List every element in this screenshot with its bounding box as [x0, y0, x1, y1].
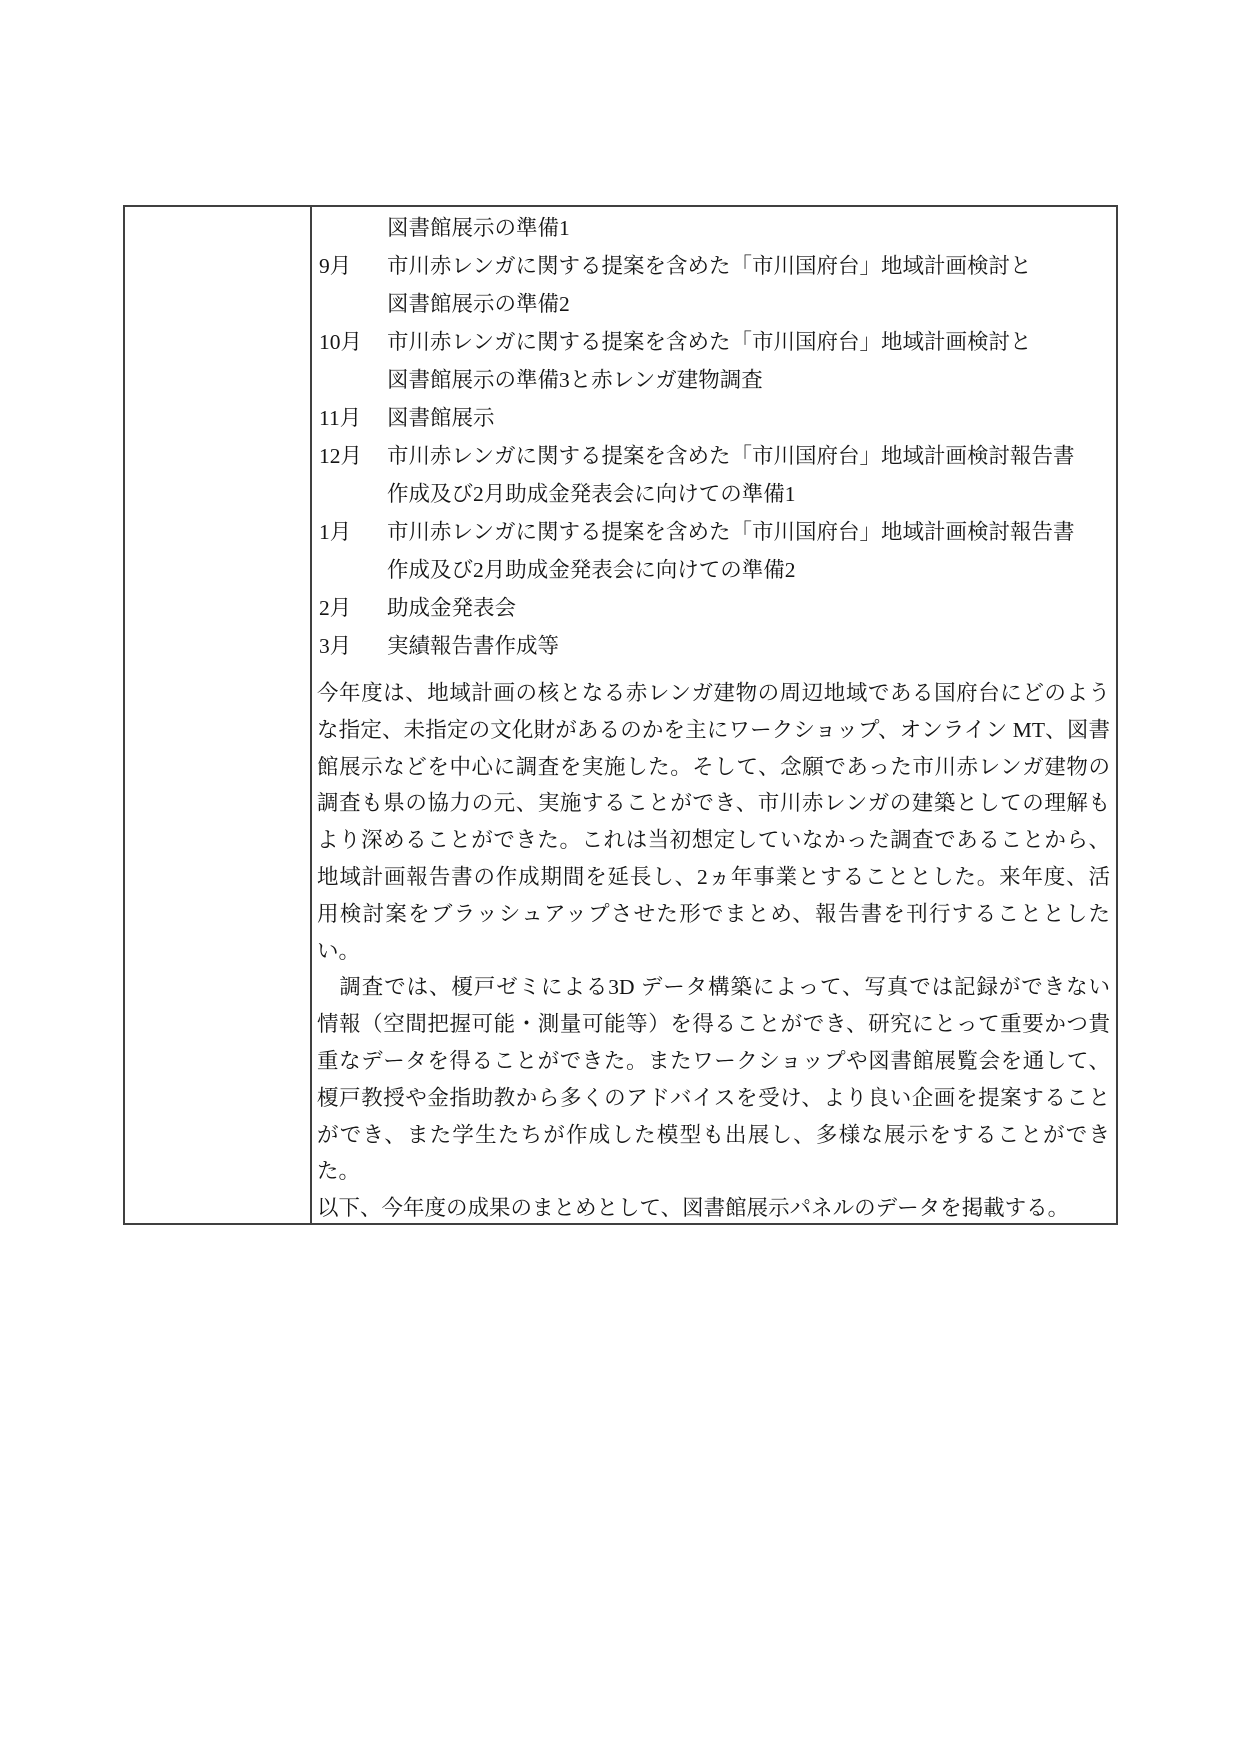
- schedule-line: 市川赤レンガに関する提案を含めた「市川国府台」地域計画検討報告書: [387, 513, 1110, 551]
- paragraph-line: 情報（空間把握可能・測量可能等）を得ることができ、研究にとって重要かつ貴: [317, 1006, 1110, 1043]
- schedule-line: 実績報告書作成等: [387, 627, 1110, 665]
- schedule-line: 図書館展示の準備1: [387, 209, 1110, 247]
- schedule-line: 図書館展示の準備3と赤レンガ建物調査: [387, 361, 1110, 399]
- paragraph: 今年度は、地域計画の核となる赤レンガ建物の周辺地域である国府台にどのような指定、…: [317, 675, 1110, 969]
- schedule-row: 10月市川赤レンガに関する提案を含めた「市川国府台」地域計画検討と図書館展示の準…: [317, 323, 1110, 399]
- paragraph-line: ができ、また学生たちが作成した模型も出展し、多様な展示をすることができ: [317, 1117, 1110, 1154]
- schedule-line: 作成及び2月助成金発表会に向けての準備1: [387, 475, 1110, 513]
- schedule-line: 図書館展示: [387, 399, 1110, 437]
- schedule-month-label: 12月: [319, 437, 362, 475]
- schedule-row: 図書館展示の準備1: [317, 209, 1110, 247]
- paragraph-line: 重なデータを得ることができた。またワークショップや図書館展覧会を通して、: [317, 1043, 1110, 1080]
- paragraph-line: 榎戸教授や金指助教から多くのアドバイスを受け、より良い企画を提案すること: [317, 1080, 1110, 1117]
- paragraph-line: 以下、今年度の成果のまとめとして、図書館展示パネルのデータを掲載する。: [317, 1190, 1110, 1223]
- schedule-line: 市川赤レンガに関する提案を含めた「市川国府台」地域計画検討と: [387, 323, 1110, 361]
- schedule-row: 9月市川赤レンガに関する提案を含めた「市川国府台」地域計画検討と図書館展示の準備…: [317, 247, 1110, 323]
- schedule-line: 助成金発表会: [387, 589, 1110, 627]
- schedule-list: 図書館展示の準備19月市川赤レンガに関する提案を含めた「市川国府台」地域計画検討…: [317, 209, 1110, 665]
- table-right-column: 図書館展示の準備19月市川赤レンガに関する提案を含めた「市川国府台」地域計画検討…: [312, 207, 1116, 1223]
- schedule-month-label: 3月: [319, 627, 351, 665]
- paragraph-line: な指定、未指定の文化財があるのかを主にワークショップ、オンライン MT、図書: [317, 712, 1110, 749]
- schedule-month-label: 1月: [319, 513, 351, 551]
- schedule-row: 11月図書館展示: [317, 399, 1110, 437]
- summary-paragraphs: 今年度は、地域計画の核となる赤レンガ建物の周辺地域である国府台にどのような指定、…: [317, 675, 1110, 1223]
- schedule-line: 市川赤レンガに関する提案を含めた「市川国府台」地域計画検討と: [387, 247, 1110, 285]
- schedule-month-label: 11月: [319, 399, 361, 437]
- schedule-line: 市川赤レンガに関する提案を含めた「市川国府台」地域計画検討報告書: [387, 437, 1110, 475]
- schedule-month-label: 9月: [319, 247, 351, 285]
- paragraph-line: 調査も県の協力の元、実施することができ、市川赤レンガの建築としての理解も: [317, 785, 1110, 822]
- schedule-month-label: 10月: [319, 323, 362, 361]
- paragraph-line: 館展示などを中心に調査を実施した。そして、念願であった市川赤レンガ建物の: [317, 749, 1110, 786]
- paragraph-line: 今年度は、地域計画の核となる赤レンガ建物の周辺地域である国府台にどのよう: [317, 675, 1110, 712]
- paragraph-line: より深めることができた。これは当初想定していなかった調査であることから、: [317, 822, 1110, 859]
- report-table: 図書館展示の準備19月市川赤レンガに関する提案を含めた「市川国府台」地域計画検討…: [123, 205, 1118, 1225]
- document-page: 図書館展示の準備19月市川赤レンガに関する提案を含めた「市川国府台」地域計画検討…: [0, 0, 1241, 1755]
- paragraph: 調査では、榎戸ゼミによる3D データ構築によって、写真では記録ができない情報（空…: [317, 969, 1110, 1190]
- schedule-row: 12月市川赤レンガに関する提案を含めた「市川国府台」地域計画検討報告書作成及び2…: [317, 437, 1110, 513]
- table-left-column: [125, 207, 312, 1223]
- paragraph-line: た。: [317, 1153, 1110, 1190]
- paragraph-line: 調査では、榎戸ゼミによる3D データ構築によって、写真では記録ができない: [317, 969, 1110, 1006]
- paragraph-line: 用検討案をブラッシュアップさせた形でまとめ、報告書を刊行することとした: [317, 896, 1110, 933]
- schedule-line: 図書館展示の準備2: [387, 285, 1110, 323]
- paragraph: 以下、今年度の成果のまとめとして、図書館展示パネルのデータを掲載する。: [317, 1190, 1110, 1223]
- schedule-row: 3月実績報告書作成等: [317, 627, 1110, 665]
- schedule-line: 作成及び2月助成金発表会に向けての準備2: [387, 551, 1110, 589]
- schedule-row: 2月助成金発表会: [317, 589, 1110, 627]
- schedule-month-label: 2月: [319, 589, 351, 627]
- paragraph-line: い。: [317, 933, 1110, 970]
- schedule-row: 1月市川赤レンガに関する提案を含めた「市川国府台」地域計画検討報告書作成及び2月…: [317, 513, 1110, 589]
- paragraph-line: 地域計画報告書の作成期間を延長し、2ヵ年事業とすることとした。来年度、活: [317, 859, 1110, 896]
